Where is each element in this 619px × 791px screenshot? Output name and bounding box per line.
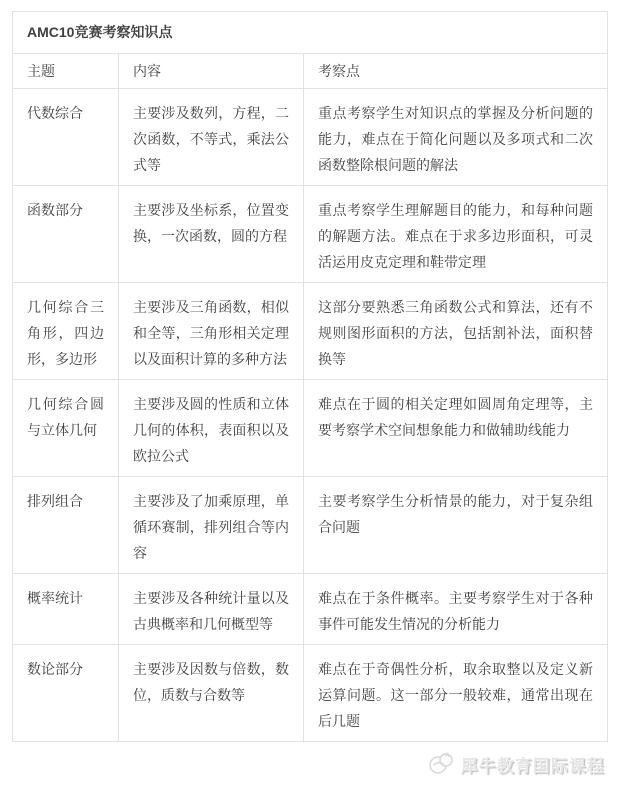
- content-cell: 主要涉及圆的性质和立体几何的体积，表面积以及欧拉公式: [119, 380, 304, 477]
- points-cell: 主要考察学生分析情景的能力，对于复杂组合问题: [304, 477, 608, 574]
- topic-cell: 数论部分: [13, 645, 119, 742]
- table-title: AMC10竞赛考察知识点: [13, 12, 608, 54]
- table-row: 概率统计主要涉及各种统计量以及古典概率和几何概型等难点在于条件概率。主要考察学生…: [13, 574, 608, 645]
- content-cell: 主要涉及各种统计量以及古典概率和几何概型等: [119, 574, 304, 645]
- topic-cell: 排列组合: [13, 477, 119, 574]
- brand-name: 犀牛教育国际课程: [461, 752, 605, 777]
- topic-cell: 几何综合三角形，四边形，多边形: [13, 283, 119, 380]
- header-row: 主题 内容 考察点: [13, 54, 608, 89]
- topic-cell: 几何综合圆与立体几何: [13, 380, 119, 477]
- points-cell: 重点考察学生理解题目的能力，和每种问题的解题方法。难点在于求多边形面积，可灵活运…: [304, 186, 608, 283]
- table-row: 排列组合主要涉及了加乘原理，单循环赛制，排列组合等内容主要考察学生分析情景的能力…: [13, 477, 608, 574]
- column-header-points: 考察点: [304, 54, 608, 89]
- content-cell: 主要涉及三角函数，相似和全等，三角形相关定理以及面积计算的多种方法: [119, 283, 304, 380]
- content-cell: 主要涉及了加乘原理，单循环赛制，排列组合等内容: [119, 477, 304, 574]
- column-header-content: 内容: [119, 54, 304, 89]
- knowledge-points-table: AMC10竞赛考察知识点 主题 内容 考察点 代数综合主要涉及数列，方程，二次函…: [12, 11, 608, 742]
- table-row: 几何综合圆与立体几何主要涉及圆的性质和立体几何的体积，表面积以及欧拉公式难点在于…: [13, 380, 608, 477]
- title-row: AMC10竞赛考察知识点: [13, 12, 608, 54]
- points-cell: 难点在于圆的相关定理如圆周角定理等，主要考察学术空间想象能力和做辅助线能力: [304, 380, 608, 477]
- points-cell: 这部分要熟悉三角函数公式和算法，还有不规则图形面积的方法，包括割补法，面积替换等: [304, 283, 608, 380]
- content-cell: 主要涉及因数与倍数，数位，质数与合数等: [119, 645, 304, 742]
- content-cell: 主要涉及坐标系，位置变换，一次函数，圆的方程: [119, 186, 304, 283]
- points-cell: 重点考察学生对知识点的掌握及分析问题的能力，难点在于简化问题以及多项式和二次函数…: [304, 89, 608, 186]
- topic-cell: 概率统计: [13, 574, 119, 645]
- table-row: 几何综合三角形，四边形，多边形主要涉及三角函数，相似和全等，三角形相关定理以及面…: [13, 283, 608, 380]
- brand-watermark: 犀牛教育国际课程: [427, 749, 605, 779]
- table-row: 数论部分主要涉及因数与倍数，数位，质数与合数等难点在于奇偶性分析，取余取整以及定…: [13, 645, 608, 742]
- topic-cell: 代数综合: [13, 89, 119, 186]
- topic-cell: 函数部分: [13, 186, 119, 283]
- content-cell: 主要涉及数列，方程，二次函数，不等式，乘法公式等: [119, 89, 304, 186]
- points-cell: 难点在于条件概率。主要考察学生对于各种事件可能发生情况的分析能力: [304, 574, 608, 645]
- column-header-topic: 主题: [13, 54, 119, 89]
- table-row: 代数综合主要涉及数列，方程，二次函数，不等式，乘法公式等重点考察学生对知识点的掌…: [13, 89, 608, 186]
- rhino-logo-icon: [427, 750, 455, 778]
- page: AMC10竞赛考察知识点 主题 内容 考察点 代数综合主要涉及数列，方程，二次函…: [0, 0, 619, 791]
- table-row: 函数部分主要涉及坐标系，位置变换，一次函数，圆的方程重点考察学生理解题目的能力，…: [13, 186, 608, 283]
- table-body: 代数综合主要涉及数列，方程，二次函数，不等式，乘法公式等重点考察学生对知识点的掌…: [13, 89, 608, 742]
- points-cell: 难点在于奇偶性分析，取余取整以及定义新运算问题。这一部分一般较难，通常出现在后几…: [304, 645, 608, 742]
